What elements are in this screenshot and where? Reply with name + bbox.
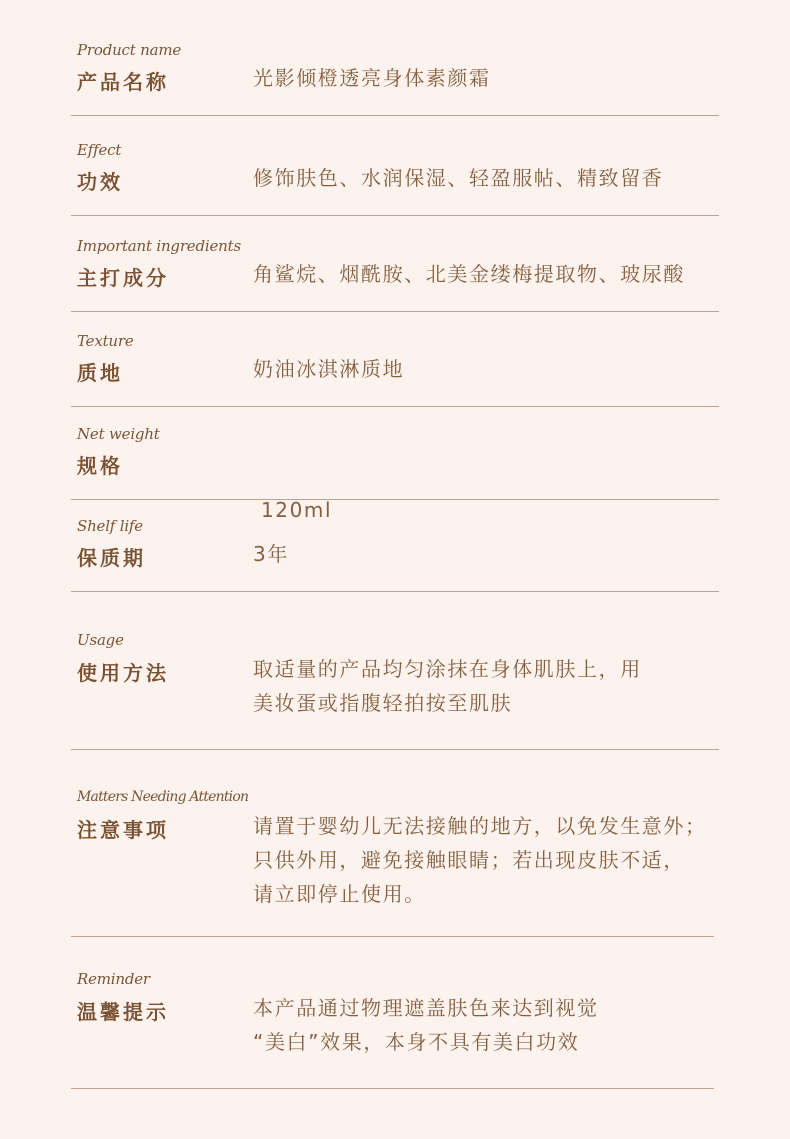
value-line: 3年 <box>253 537 289 571</box>
texture-cn-label: 质地 <box>77 357 123 386</box>
product-name-cn-label: 产品名称 <box>77 66 169 95</box>
attention-en-label: Matters Needing Attention <box>77 789 248 805</box>
ingredients-en-label: Important ingredients <box>77 237 241 255</box>
divider <box>71 936 714 937</box>
ingredients-cn-label: 主打成分 <box>77 262 169 291</box>
usage-value: 取适量的产品均匀涂抹在身体肌肤上，用 美妆蛋或指腹轻拍按至肌肤 <box>253 652 642 720</box>
effect-en-label: Effect <box>77 141 121 159</box>
product-name-value: 光影倾橙透亮身体素颜霜 <box>253 61 491 95</box>
attention-value: 请置于婴幼儿无法接触的地方，以免发生意外； 只供外用，避免接触眼睛；若出现皮肤不… <box>253 809 707 911</box>
value-line: 请置于婴幼儿无法接触的地方，以免发生意外； <box>253 809 707 843</box>
divider <box>71 311 719 312</box>
value-line: 光影倾橙透亮身体素颜霜 <box>253 61 491 95</box>
shelf-life-cn-label: 保质期 <box>77 542 146 571</box>
value-line: 美妆蛋或指腹轻拍按至肌肤 <box>253 686 642 720</box>
value-line: “美白”效果，本身不具有美白功效 <box>253 1025 599 1059</box>
shelf-life-value: 3年 <box>253 537 289 571</box>
divider <box>71 406 719 407</box>
value-line: 修饰肤色、水润保湿、轻盈服帖、精致留香 <box>253 161 663 195</box>
divider <box>71 115 719 116</box>
divider <box>71 499 719 500</box>
reminder-cn-label: 温馨提示 <box>77 996 169 1025</box>
attention-cn-label: 注意事项 <box>77 814 169 843</box>
shelf-life-en-label: Shelf life <box>77 517 143 535</box>
usage-cn-label: 使用方法 <box>77 657 169 686</box>
value-line: 奶油冰淇淋质地 <box>253 352 404 386</box>
divider <box>71 749 719 750</box>
effect-cn-label: 功效 <box>77 166 123 195</box>
divider <box>71 215 719 216</box>
product-name-en-label: Product name <box>77 41 181 59</box>
texture-value: 奶油冰淇淋质地 <box>253 352 404 386</box>
value-line: 角鲨烷、烟酰胺、北美金缕梅提取物、玻尿酸 <box>253 257 685 291</box>
reminder-en-label: Reminder <box>77 970 150 988</box>
net-weight-cn-label: 规格 <box>77 450 123 479</box>
value-line: 请立即停止使用。 <box>253 877 707 911</box>
divider <box>71 591 719 592</box>
value-line: 只供外用，避免接触眼睛；若出现皮肤不适， <box>253 843 707 877</box>
value-line: 本产品通过物理遮盖肤色来达到视觉 <box>253 991 599 1025</box>
value-line: 取适量的产品均匀涂抹在身体肌肤上，用 <box>253 652 642 686</box>
reminder-value: 本产品通过物理遮盖肤色来达到视觉 “美白”效果，本身不具有美白功效 <box>253 991 599 1059</box>
ingredients-value: 角鲨烷、烟酰胺、北美金缕梅提取物、玻尿酸 <box>253 257 685 291</box>
net-weight-en-label: Net weight <box>77 425 160 443</box>
usage-en-label: Usage <box>77 631 124 649</box>
divider <box>71 1088 714 1089</box>
effect-value: 修饰肤色、水润保湿、轻盈服帖、精致留香 <box>253 161 663 195</box>
texture-en-label: Texture <box>77 332 134 350</box>
